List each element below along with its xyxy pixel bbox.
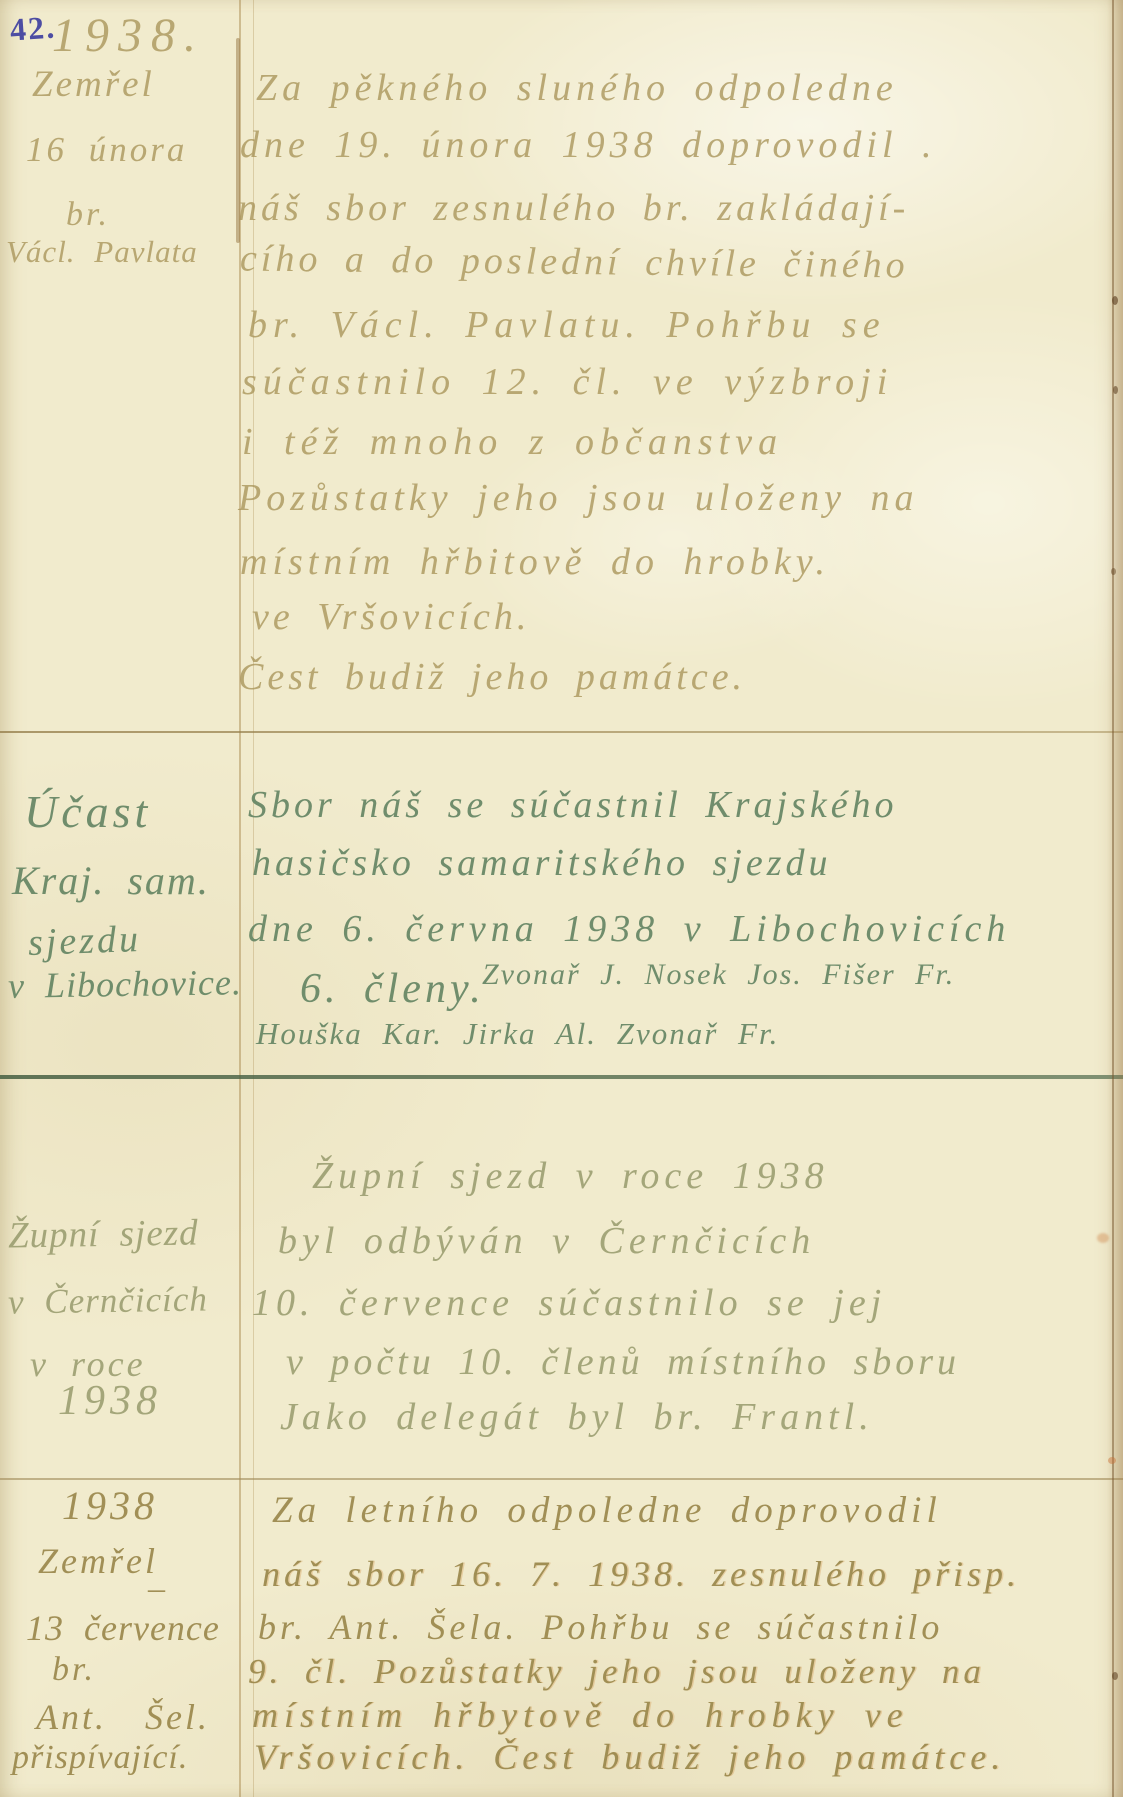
margin-note: Ant. Šel. — [36, 1699, 210, 1735]
margin-note: br. — [66, 198, 110, 232]
margin-note: Účast — [24, 789, 151, 835]
margin-note: v Černčicích — [8, 1281, 208, 1319]
margin-note: Kraj. sam. — [12, 861, 210, 901]
body-line: cího a do poslední chvíle činého — [240, 239, 909, 284]
edge-speck — [1112, 296, 1118, 305]
page-edge-line — [1112, 0, 1114, 1797]
body-line: Za pěkného sluného odpoledne — [256, 69, 898, 107]
body-line: i též mnoho z občanstva — [242, 423, 783, 461]
body-line: náš sbor 16. 7. 1938. zesnulého přisp. — [262, 1556, 1020, 1592]
body-line: v počtu 10. členů místního sboru — [286, 1343, 960, 1381]
edge-speck — [1097, 1233, 1109, 1243]
margin-note: Zemřel — [38, 1543, 158, 1579]
edge-speck — [1112, 1672, 1118, 1680]
body-line: br. Ant. Šela. Pohřbu se súčastnilo — [258, 1609, 943, 1645]
margin-note: v roce — [30, 1346, 146, 1382]
body-line: Houška Kar. Jirka Al. Zvonař Fr. — [256, 1018, 779, 1049]
edge-speck — [1108, 1457, 1116, 1464]
body-line: Jako delegát byl br. Frantl. — [280, 1398, 874, 1436]
body-line: Za letního odpoledne doprovodil — [272, 1492, 942, 1529]
page-number: 42. — [9, 8, 57, 48]
margin-note: 1938 — [62, 1486, 158, 1526]
body-line: dne 19. února 1938 doprovodil . — [240, 126, 937, 164]
margin-note: v Libochovice. — [8, 964, 242, 1004]
body-line: 9. čl. Pozůstatky jeho jsou uloženy na — [248, 1654, 985, 1689]
body-line: náš sbor zesnulého br. zakládají- — [238, 189, 909, 227]
body-line: ve Vršovicích. — [252, 598, 530, 636]
margin-note: Župní sjezd — [8, 1215, 199, 1255]
year-heading: 1938. — [52, 12, 205, 60]
body-line: 6. členy. — [300, 968, 485, 1010]
margin-note: sjezdu — [27, 920, 141, 962]
edge-speck — [1113, 386, 1118, 394]
body-line: byl odbýván v Černčicích — [278, 1222, 815, 1260]
body-line: Župní sjezd v roce 1938 — [312, 1157, 829, 1195]
body-line: Pozůstatky jeho jsou uloženy na — [238, 479, 918, 517]
section-divider-3 — [0, 1478, 1123, 1480]
chronicle-scan-page: 42. 1938. Zemřel 16 února br. Václ. Pavl… — [0, 0, 1123, 1797]
body-line: dne 6. června 1938 v Libochovicích — [248, 910, 1010, 948]
margin-note: 1938 — [58, 1380, 162, 1422]
section-divider-2 — [0, 1075, 1123, 1079]
body-line: místním hřbitově do hrobky. — [240, 543, 830, 581]
margin-note: br. — [52, 1653, 96, 1687]
body-line: Zvonař J. Nosek Jos. Fišer Fr. — [482, 960, 955, 990]
body-line: Vršovicích. Čest budiž jeho památce. — [254, 1739, 1005, 1775]
margin-note: Václ. Pavlata — [6, 236, 198, 267]
body-line: 10. července súčastnilo se jej — [252, 1284, 886, 1322]
margin-note: přispívající. — [12, 1741, 188, 1775]
body-line: místním hřbytově do hrobky ve — [252, 1697, 909, 1733]
dash-mark: – — [148, 1572, 168, 1606]
margin-note: 16 února — [26, 132, 187, 167]
edge-speck — [1111, 568, 1116, 575]
margin-note: Zemřel — [32, 66, 155, 103]
body-line: Sbor náš se súčastnil Krajského — [248, 786, 898, 824]
body-line: br. Václ. Pavlatu. Pohřbu se — [248, 306, 886, 344]
body-line: hasičsko samaritského sjezdu — [252, 844, 832, 882]
body-line: súčastnilo 12. čl. ve výzbroji — [242, 363, 893, 401]
page-edge-shading — [1107, 0, 1123, 1797]
section-divider-1 — [0, 731, 1123, 733]
margin-note: 13 července — [26, 1610, 220, 1646]
body-line: Čest budiž jeho památce. — [238, 658, 746, 696]
